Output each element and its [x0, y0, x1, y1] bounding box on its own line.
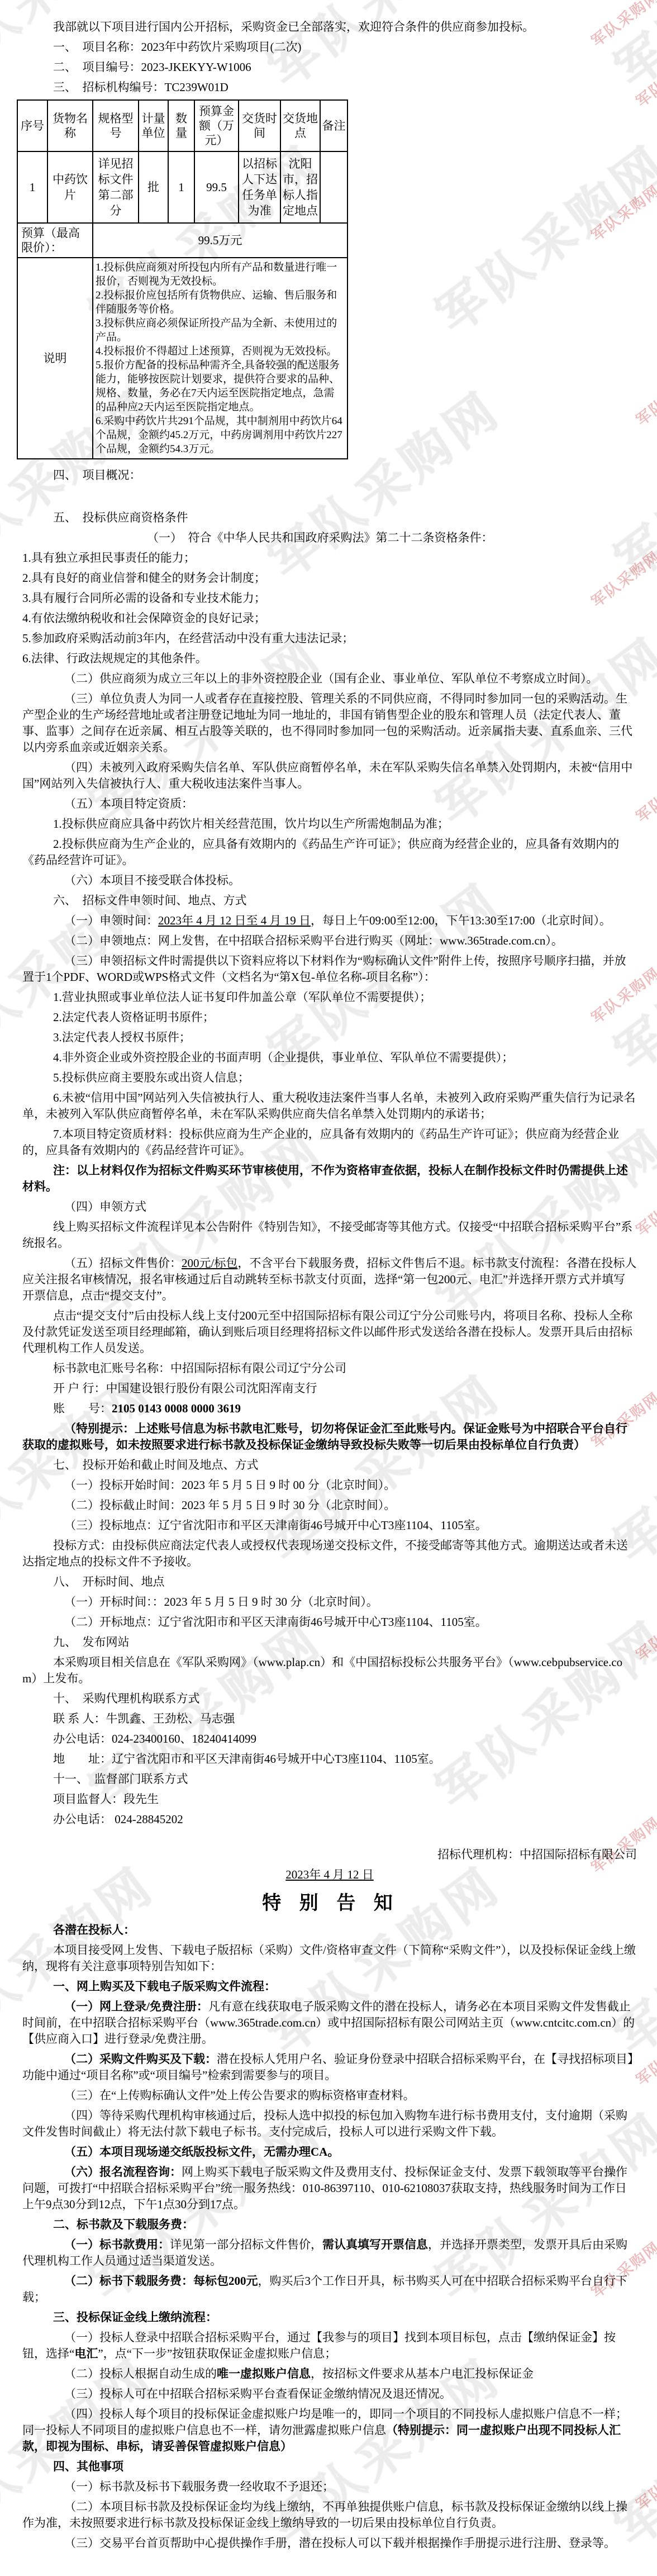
text-run: 各潜在投标人：	[53, 1923, 135, 1937]
paragraph: 4.非外资企业或外资控股企业的书面声明（企业提供，事业单位、军队单位不需要提供）…	[22, 1050, 637, 1066]
paragraph: （二）投标截止时间：2023 年 5 月 5 日 9 时 30 分（北京时间）。	[22, 1497, 637, 1514]
text-run: 本采购项目相关信息在《军队采购网》（www.plap.cn）和《中国招标投标公共…	[22, 1655, 622, 1685]
table-data-cell: 1	[168, 151, 194, 223]
paragraph: 三、 招标机构编号：TC239W01D	[22, 79, 637, 96]
paragraph: 5.参加政府采购活动前3年内，在经营活动中没有重大违法记录；	[22, 630, 637, 647]
table-data-cell: 1	[17, 151, 47, 223]
note-line: 5.报价方配备的投标品种需齐全,具备较强的配送服务能力，能够按医院计划要求，提供…	[96, 358, 345, 414]
paragraph: 1.具有独立承担民事责任的能力；	[22, 550, 637, 566]
text-run: 3.法定代表人授权书原件；	[53, 1031, 191, 1044]
paragraph: （四）未被列入政府采购失信名单、军队供应商暂停名单，未在军队采购失信名单禁入处罚…	[22, 760, 637, 792]
paragraph: 开 户 行：中国建设银行股份有限公司沈阳浑南支行	[22, 1380, 637, 1397]
paragraph: 二、标书款及下载服务费：	[22, 2217, 637, 2233]
paragraph: 6.未被“信用中国”网站列入失信被执行人、重大税收违法案件当事人名单，未被列入政…	[22, 1090, 637, 1122]
paragraph: （一）申领时间：2023年 4 月 12 日至 4 月 19 日，每日上午09:…	[22, 913, 637, 929]
agency-signature: 招标代理机构：中招国际招标有限公司	[22, 1847, 637, 1863]
text-run: 六、 招标文件申领时间、地点、方式	[53, 894, 247, 907]
paragraph: 四、 项目概况：	[22, 467, 637, 483]
text-run: （五）招标文件售价：	[64, 1256, 182, 1270]
paragraph: （四）等待采购代理机构审核通过后，投标人选中拟投的标包加入购物车进行标书费用支付…	[22, 2108, 637, 2140]
text-run: （二）本项目标书款及投标保证金均为线上缴纳，不再单独提供账户信息，标书款及投标保…	[22, 2500, 627, 2530]
special-notice-title: 特 别 告 知	[22, 1891, 637, 1916]
paragraph: （一）投标人登录中招联合招标采购平台，通过【我参与的项目】找到本项目标包，点击【…	[22, 2330, 637, 2362]
paragraph: 八、 开标时间、地点	[22, 1574, 637, 1590]
table-data-cell: 批	[139, 151, 168, 223]
table-header-cell: 备注	[320, 100, 347, 151]
text-run: （二）供应商须为成立三年以上的非外资控股企业（国有企业、事业单位、军队单位不考察…	[64, 672, 598, 685]
text-run: （三）申领招标文件时需提供以下资料应将以下材料作为“购标确认文件”附件上传，按照…	[22, 954, 626, 984]
text-run: （三）在“上传购标确认文件”处上传公告要求的购标资格审查材料。	[64, 2089, 415, 2102]
paragraph: 十、 采购代理机构联系方式	[22, 1691, 637, 1707]
text-run: （一）投标开始时间：2023 年 5 月 5 日 9 时 00 分（北京时间）。	[64, 1478, 396, 1492]
paragraph: 4.有依法缴纳税收和社会保障资金的良好记录；	[22, 610, 637, 627]
table-header-cell: 交货地点	[280, 100, 320, 151]
table-data-cell: 99.5	[194, 151, 239, 223]
text-run: 二、 项目编号：2023-JKEKYY-W1006	[53, 60, 251, 74]
table-data-cell: 中药饮片	[47, 151, 93, 223]
paragraph: 办公电话： 024-28845202	[22, 1811, 637, 1828]
note-line: 6.采购中药饮片共291个品规，其中制剂用中药饮片64个品规，金额约45.2万元…	[96, 414, 345, 456]
paragraph: （三）单位负责人为同一人或者存在直接控股、管理关系的不同供应商，不得同时参加同一…	[22, 691, 637, 756]
paragraph: （一）标书款及标书下载服务费一经收取不予退还；	[22, 2479, 637, 2495]
text-run: 7.本项目特定资质材料：投标供应商为生产企业的，应具备有效期内的《药品生产许可证…	[22, 1127, 619, 1157]
text-run: ，每日上午09:00至12:00，下午13:30至17:00（北京时间）。	[311, 914, 611, 927]
text-run: 每标包200元	[193, 2274, 258, 2288]
text-run: 详见第一部分招标文件售价，	[170, 2238, 322, 2251]
paragraph: 各潜在投标人：	[22, 1922, 637, 1938]
table-data-cell: 以招标人下达任务单为准	[239, 151, 280, 223]
paragraph: 我部就以下项目进行国内公开招标，采购资金已全部落实，欢迎符合条件的供应商参加投标…	[22, 19, 637, 35]
text-run: 十一、 监督部门联系方式	[53, 1772, 188, 1786]
paragraph: （六）报名流程咨询：网上购买下载电子版采购文件及费用支付、投标保证金支付、发票下…	[22, 2164, 637, 2213]
paragraph: 九、 发布网站	[22, 1634, 637, 1650]
table-header-cell: 序号	[17, 100, 47, 151]
paragraph: （四）投标人每个项目的投标保证金虚拟账户均是唯一的，即同一个项目的不同投标人虚拟…	[22, 2406, 637, 2455]
text-run: 账 号：	[53, 1402, 112, 1415]
text-run: （三）单位负责人为同一人或者存在直接控股、管理关系的不同供应商，不得同时参加同一…	[22, 692, 632, 754]
tender-announcement-page: 军队采购网军队采购网军队采购网军队采购网军队采购网军队采购网军队采购网军队采购网…	[0, 0, 657, 2576]
paragraph: （三）投标地点：辽宁省沈阳市和平区天津南街46号城开中心T3座1104、1105…	[22, 1517, 637, 1534]
text-run: 联 系 人：牛凯鑫、王劲松、马志强	[53, 1712, 235, 1725]
text-run: 特 别 告 知	[262, 1893, 397, 1914]
paragraph: 地 址：辽宁省沈阳市和平区天津南街46号城开中心T3座1104、1105室。	[22, 1751, 637, 1767]
paragraph: 3.法定代表人授权书原件；	[22, 1030, 637, 1046]
paragraph: 二、 项目编号：2023-JKEKYY-W1006	[22, 59, 637, 75]
paragraph: （二）标书下载服务费：每标包200元，购买后3个工作日开具，标书购买人可在中招联…	[22, 2273, 637, 2305]
text-run: 2.投标供应商为生产企业的，应具备有效期内的《药品生产许可证》；供应商为经营企业…	[22, 837, 619, 867]
text-run: 一、网上购买及下载电子版采购文件流程：	[53, 1980, 276, 1993]
paragraph: （三）在“上传购标确认文件”处上传公告要求的购标资格审查材料。	[22, 2088, 637, 2104]
paragraph: （一）开标时间：：2023 年 5 月 5 日 9 时 30 分（北京时间）。	[22, 1594, 637, 1610]
paragraph: （三）投标人可在中招联合招标采购平台查看保证金缴纳情况及退还情况。	[22, 2386, 637, 2402]
paragraph: 标书款电汇账号名称：中招国际招标有限公司辽宁分公司	[22, 1360, 637, 1377]
text-run: 投标方式：由投标供应商法定代表人或授权代表现场递交投标文件，不接受邮寄等其他方式…	[22, 1539, 628, 1568]
text-run: 项目监督人：段先生	[53, 1792, 159, 1806]
text-run: （二）标书下载服务费：	[64, 2274, 193, 2288]
paragraph: 六、 招标文件申领时间、地点、方式	[22, 893, 637, 909]
paragraph: 本采购项目相关信息在《军队采购网》（www.plap.cn）和《中国招标投标公共…	[22, 1654, 637, 1687]
note-line: 2.投标报价应包括所有货物供应、运输、售后服务和伴随服务等价格。	[96, 288, 345, 316]
text-run: （三）投标人可在中招联合招标采购平台查看保证金缴纳情况及退还情况。	[64, 2387, 451, 2401]
text-run: 三、 招标机构编号：TC239W01D	[53, 80, 228, 94]
paragraph: 一、网上购买及下载电子版采购文件流程：	[22, 1979, 637, 1995]
paragraph: （一）投标开始时间：2023 年 5 月 5 日 9 时 00 分（北京时间）。	[22, 1477, 637, 1493]
text-run: 5.投标供应商主要股东或出资人信息；	[53, 1071, 250, 1084]
paragraph: （六）本项目不接受联合体投标。	[22, 872, 637, 889]
text-run: （三）交易平台首页帮助中心提供操作手册，潜在投标人可以下载并根据操作手册提示进行…	[64, 2536, 616, 2550]
text-run: 开 户 行：中国建设银行股份有限公司沈阳浑南支行	[53, 1382, 317, 1395]
text-run: 1.投标供应商应具备中药饮片相关经营范围，饮片均以生产所需炮制品为准；	[53, 817, 449, 831]
text-run: 电汇	[74, 2347, 98, 2360]
text-run: 2023年 4 月 12 日	[285, 1868, 374, 1881]
budget-value-cell: 99.5万元	[93, 223, 347, 258]
table-data-cell: 沈阳市，招标人指定地点	[280, 151, 320, 223]
paragraph: （特别提示：上述账号信息为标书款电汇账号，切勿将保证金汇至此账号内。保证金账号为…	[22, 1421, 637, 1453]
text-run: 4.非外资企业或外资控股企业的书面声明（企业提供，事业单位、军队单位不需要提供）…	[53, 1051, 513, 1064]
table-data-cell: 详见招标文件第二部分	[93, 151, 139, 223]
text-run: 地 址：辽宁省沈阳市和平区天津南街46号城开中心T3座1104、1105室。	[53, 1752, 441, 1766]
text-run: 办公电话： 024-28845202	[53, 1813, 183, 1826]
text-run: 5.参加政府采购活动前3年内，在经营活动中没有重大违法记录；	[22, 632, 354, 645]
paragraph: 本项目接受网上发售、下载电子版招标（采购）文件/资格审查文件（下简称“采购文件”…	[22, 1942, 637, 1975]
paragraph: 一、 项目名称：2023年中药饮片采购项目(二次)	[22, 39, 637, 55]
paragraph: 点击“提交支付”后由投标人线上支付200元至中招国际招标有限公司辽宁分公司账号内…	[22, 1308, 637, 1356]
text-run: 唯一虚拟账户信息	[217, 2367, 311, 2380]
text-run: 五、 投标供应商资格条件	[53, 511, 188, 524]
paragraph: 办公电话：024-23400160、18240414099	[22, 1731, 637, 1747]
text-run: （二）采购文件购买及下载：	[64, 2052, 217, 2066]
text-run: 需认真填写开票信息	[322, 2238, 428, 2251]
paragraph: （二）投标人根据自动生成的唯一虚拟账户信息，按招标文件要求从基本户电汇投标保证金	[22, 2366, 637, 2382]
text-run: （二）申领地点：网上发售，在中招联合招标采购平台进行购买（网址：www.365t…	[64, 934, 563, 947]
paragraph: 2.具有良好的商业信誉和健全的财务会计制度；	[22, 570, 637, 586]
text-run: 3.具有履行合同所必需的设备和专业技术能力；	[22, 591, 266, 605]
text-run: （特别提示：上述账号信息为标书款电汇账号，切勿将保证金汇至此账号内。保证金账号为…	[22, 1422, 627, 1451]
document-content: 我部就以下项目进行国内公开招标，采购资金已全部落实，欢迎符合条件的供应商参加投标…	[0, 0, 657, 2551]
text-run: 2.具有良好的商业信誉和健全的财务会计制度；	[22, 571, 266, 585]
table-header-cell: 规格型号	[93, 100, 139, 151]
paragraph: （二）供应商须为成立三年以上的非外资控股企业（国有企业、事业单位、军队单位不考察…	[22, 671, 637, 687]
text-run: （一）网上登录/免费注册：	[64, 2000, 208, 2013]
paragraph: （二）本项目标书款及投标保证金均为线上缴纳，不再单独提供账户信息，标书款及投标保…	[22, 2499, 637, 2531]
paragraph: 7.本项目特定资质材料：投标供应商为生产企业的，应具备有效期内的《药品生产许可证…	[22, 1126, 637, 1159]
date-line: 2023年 4 月 12 日	[22, 1867, 637, 1883]
paragraph: （四）申领方式	[22, 1199, 637, 1215]
paragraph: （二）开标地点：辽宁省沈阳市和平区天津南街46号城开中心T3座1104、1105…	[22, 1614, 637, 1630]
text-run: 注：以上材料仅作为招标文件购买环节审核使用，不作为资格审查依据，投标人在制作投标…	[22, 1164, 628, 1193]
paragraph: 1.营业执照或事业单位法人证书复印件加盖公章（军队单位不需要提供）；	[22, 989, 637, 1005]
text-run: 二、标书款及下载服务费：	[53, 2218, 194, 2231]
note-line: 1.投标供应商须对所投包内所有产品和数量进行唯一报价，否则视为无效投标。	[96, 260, 345, 288]
paragraph: 投标方式：由投标供应商法定代表人或授权代表现场递交投标文件，不接受邮寄等其他方式…	[22, 1538, 637, 1570]
text-run: ，按招标文件要求从基本户电汇投标保证金	[311, 2367, 534, 2380]
paragraph: （二）采购文件购买及下载：潜在投标人凭用户名、验证身份登录中招联合招标采购平台，…	[22, 2051, 637, 2084]
text-run: （四）申领方式	[64, 1200, 146, 1213]
goods-table: 序号货物名称规格型号计量单位数量预算金额（万元）交货时间交货地点备注1中药饮片详…	[17, 99, 348, 459]
notes-label-cell: 说明	[17, 258, 93, 459]
text-run: （一） 符合《中华人民共和国政府采购法》第二十二条资格条件：	[147, 531, 493, 544]
text-run: 2.法定代表人资格证明书原件；	[53, 1011, 215, 1024]
text-run: 八、 开标时间、地点	[53, 1575, 165, 1588]
paragraph: （三）申领招标文件时需提供以下资料应将以下材料作为“购标确认文件”附件上传，按照…	[22, 953, 637, 985]
note-line: 4.投标报价不得超过上述预算，否则视为无效投标。	[96, 344, 345, 358]
text-run: 本项目接受网上发售、下载电子版招标（采购）文件/资格审查文件（下简称“采购文件”…	[22, 1943, 636, 1973]
paragraph: 3.具有履行合同所必需的设备和专业技术能力；	[22, 590, 637, 606]
paragraph: （五）招标文件售价：200元/标包，不含平台下载服务费，招标文件售后不退。标书款…	[22, 1255, 637, 1304]
text-run: 点击“提交支付”后由投标人线上支付200元至中招国际招标有限公司辽宁分公司账号内…	[22, 1309, 632, 1355]
text-run: 办公电话：024-23400160、18240414099	[53, 1732, 256, 1745]
paragraph: （五）本项目现场递交纸版投标文件，无需办理CA。	[22, 2144, 637, 2160]
paragraph: 账 号：2105 0143 0008 0000 3619	[22, 1401, 637, 1417]
paragraph: 项目监督人：段先生	[22, 1791, 637, 1808]
table-header-cell: 交货时间	[239, 100, 280, 151]
budget-label-cell: 预算（最高限价）：	[17, 223, 93, 258]
paragraph: 四、其他事项	[22, 2459, 637, 2475]
note-line: 3.投标供应商必须保证所投产品为全新、未使用过的产品。	[96, 316, 345, 344]
paragraph: （二）申领地点：网上发售，在中招联合招标采购平台进行购买（网址：www.365t…	[22, 933, 637, 949]
text-run: 1.具有独立承担民事责任的能力；	[22, 551, 196, 564]
paragraph: 线上购买招标文件流程详见本公告附件《特别告知》，不接受邮寄等其他方式。仅接受“中…	[22, 1219, 637, 1251]
paragraph: 五、 投标供应商资格条件	[22, 510, 637, 526]
text-run: 1.营业执照或事业单位法人证书复印件加盖公章（军队单位不需要提供）；	[53, 990, 431, 1004]
paragraph: （一）标书款费用：详见第一部分招标文件售价，需认真填写开票信息，并选择开票类型，…	[22, 2237, 637, 2269]
text-run: 2023年 4 月 12 日至 4 月 19 日	[158, 914, 311, 927]
text-run: 标书款电汇账号名称：中招国际招标有限公司辽宁分公司	[53, 1361, 346, 1375]
text-run: 我部就以下项目进行国内公开招标，采购资金已全部落实，欢迎符合条件的供应商参加投标…	[53, 20, 534, 34]
text-run: （四）未被列入政府采购失信名单、军队供应商暂停名单，未在军队采购失信名单禁入处罚…	[22, 761, 632, 790]
text-run: （一）标书款费用：	[64, 2238, 170, 2251]
text-run: 九、 发布网站	[53, 1635, 130, 1649]
text-run: 一、 项目名称：2023年中药饮片采购项目(二次)	[53, 40, 302, 54]
text-run: 十、 采购代理机构联系方式	[53, 1692, 200, 1705]
paragraph: 2.法定代表人资格证明书原件；	[22, 1009, 637, 1026]
paragraph: 十一、 监督部门联系方式	[22, 1771, 637, 1787]
paragraph: 联 系 人：牛凯鑫、王劲松、马志强	[22, 1711, 637, 1727]
text-run: （六）本项目不接受联合体投标。	[64, 874, 240, 887]
text-run: ”，点“下一步”按钮获取保证金虚拟账户信息；	[98, 2347, 336, 2360]
table-header-cell: 预算金额（万元）	[194, 100, 239, 151]
text-run: （一）标书款及标书下载服务费一经收取不予退还；	[64, 2480, 334, 2493]
text-run: 6.未被“信用中国”网站列入失信被执行人、重大税收违法案件当事人名单，未被列入政…	[22, 1091, 635, 1121]
text-run: 6.法律、行政法规规定的其他条件。	[22, 652, 207, 665]
text-run: （二）投标人根据自动生成的	[64, 2367, 217, 2380]
text-run: （二）开标地点：辽宁省沈阳市和平区天津南街46号城开中心T3座1104、1105…	[64, 1615, 487, 1629]
paragraph: 2.投标供应商为生产企业的，应具备有效期内的《药品生产许可证》；供应商为经营企业…	[22, 836, 637, 869]
table-header-cell: 货物名称	[47, 100, 93, 151]
paragraph: 6.法律、行政法规规定的其他条件。	[22, 651, 637, 667]
text-run: 招标代理机构：中招国际招标有限公司	[437, 1848, 637, 1861]
text-run: （四）等待采购代理机构审核通过后，投标人选中拟投的标包加入购物车进行标书费用支付…	[22, 2109, 627, 2138]
table-header-cell: 计量单位	[139, 100, 168, 151]
paragraph: 三、投标保证金线上缴纳流程：	[22, 2309, 637, 2326]
text-run: （一）申领时间：	[64, 914, 158, 927]
text-run: （三）投标地点：辽宁省沈阳市和平区天津南街46号城开中心T3座1104、1105…	[64, 1519, 487, 1532]
paragraph: 注：以上材料仅作为招标文件购买环节审核使用，不作为资格审查依据，投标人在制作投标…	[22, 1163, 637, 1195]
paragraph: 七、 投标开始和截止时间及地点、方式	[22, 1457, 637, 1473]
text-run: （五）本项目特定资质：	[64, 797, 193, 810]
paragraph: （一）网上登录/免费注册：凡有意在线获取电子版采购文件的潜在投标人，请务必在本项…	[22, 1999, 637, 2047]
text-run: 线上购买招标文件流程详见本公告附件《特别告知》，不接受邮寄等其他方式。仅接受“中…	[22, 1220, 632, 1250]
text-run: 三、投标保证金线上缴纳流程：	[53, 2311, 217, 2324]
paragraph: 1.投标供应商应具备中药饮片相关经营范围，饮片均以生产所需炮制品为准；	[22, 816, 637, 832]
paragraph: 5.投标供应商主要股东或出资人信息；	[22, 1070, 637, 1086]
text-run: 七、 投标开始和截止时间及地点、方式	[53, 1458, 259, 1472]
paragraph: （一） 符合《中华人民共和国政府采购法》第二十二条资格条件：	[22, 530, 637, 546]
paragraph: （五）本项目特定资质：	[22, 796, 637, 812]
text-run: （一）开标时间：：2023 年 5 月 5 日 9 时 30 分（北京时间）。	[64, 1595, 378, 1609]
text-run: 四、 项目概况：	[53, 468, 141, 482]
notes-cell: 1.投标供应商须对所投包内所有产品和数量进行唯一报价，否则视为无效投标。2.投标…	[93, 258, 347, 459]
text-run: 200元/标包	[182, 1256, 237, 1270]
text-run: （六）报名流程咨询：	[64, 2165, 182, 2179]
paragraph: （三）交易平台首页帮助中心提供操作手册，潜在投标人可以下载并根据操作手册提示进行…	[22, 2535, 637, 2551]
text-run: 4.有依法缴纳税收和社会保障资金的良好记录；	[22, 611, 266, 625]
table-data-cell	[320, 151, 347, 223]
text-run: 四、其他事项	[53, 2460, 123, 2473]
text-run: （二）投标截止时间：2023 年 5 月 5 日 9 时 30 分（北京时间）。	[64, 1498, 396, 1512]
table-header-cell: 数量	[168, 100, 194, 151]
text-run: 2105 0143 0008 0000 3619	[112, 1402, 241, 1415]
text-run: （五）本项目现场递交纸版投标文件，无需办理CA。	[64, 2145, 339, 2158]
